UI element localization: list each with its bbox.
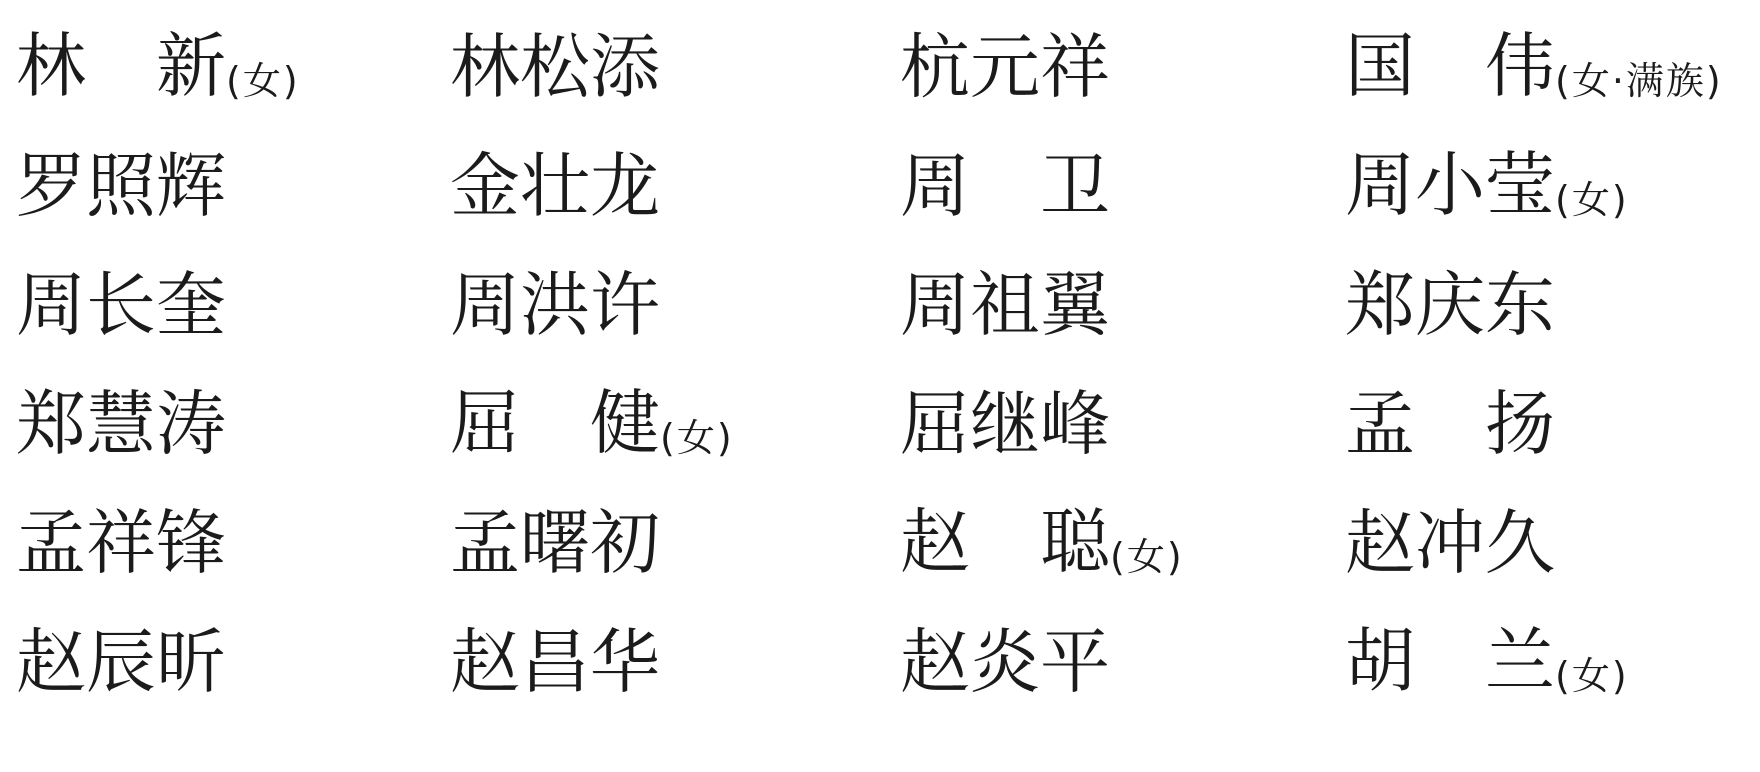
person-name: 周长奎 bbox=[16, 264, 226, 346]
person-name: 周祖翼 bbox=[900, 264, 1110, 346]
entry-text: 周祖翼 bbox=[900, 269, 1110, 343]
entry-text: 孟 扬 bbox=[1345, 388, 1555, 462]
entry-text: 孟祥锋 bbox=[16, 507, 226, 581]
person-name: 郑庆东 bbox=[1345, 264, 1555, 346]
entry-text: 国 伟(女·满族) bbox=[1345, 30, 1723, 105]
name-annotation: (女) bbox=[660, 416, 734, 460]
entry-text: 孟曙初 bbox=[450, 507, 660, 581]
person-name: 林松添 bbox=[450, 26, 660, 108]
name-entry: 赵 聪(女) bbox=[900, 484, 1345, 603]
person-name: 屈 健 bbox=[450, 382, 660, 464]
name-entry: 周洪许 bbox=[450, 246, 900, 365]
name-entry: 罗照辉 bbox=[16, 127, 450, 246]
name-entry: 金壮龙 bbox=[450, 127, 900, 246]
name-entry: 杭元祥 bbox=[900, 8, 1345, 127]
person-name: 周小莹 bbox=[1345, 144, 1555, 226]
name-entry: 郑慧涛 bbox=[16, 365, 450, 484]
person-name: 孟祥锋 bbox=[16, 502, 226, 584]
entry-text: 屈 健(女) bbox=[450, 387, 734, 462]
person-name: 周 卫 bbox=[900, 145, 1110, 227]
name-entry: 孟祥锋 bbox=[16, 484, 450, 603]
person-name: 屈继峰 bbox=[900, 383, 1110, 465]
person-name: 国 伟 bbox=[1345, 25, 1555, 107]
name-entry: 周 卫 bbox=[900, 127, 1345, 246]
name-entry: 林松添 bbox=[450, 8, 900, 127]
person-name: 赵炎平 bbox=[900, 621, 1110, 703]
entry-text: 周洪许 bbox=[450, 269, 660, 343]
entry-text: 赵冲久 bbox=[1345, 507, 1555, 581]
person-name: 金壮龙 bbox=[450, 145, 660, 227]
person-name: 孟 扬 bbox=[1345, 383, 1555, 465]
person-name: 林 新 bbox=[16, 25, 226, 107]
name-entry: 屈继峰 bbox=[900, 365, 1345, 484]
entry-text: 郑庆东 bbox=[1345, 269, 1555, 343]
name-entry: 郑庆东 bbox=[1345, 246, 1760, 365]
person-name: 胡 兰 bbox=[1345, 620, 1555, 702]
entry-text: 赵炎平 bbox=[900, 626, 1110, 700]
name-entry: 赵冲久 bbox=[1345, 484, 1760, 603]
entry-text: 林松添 bbox=[450, 31, 660, 105]
entry-text: 胡 兰(女) bbox=[1345, 625, 1629, 700]
name-entry: 孟 扬 bbox=[1345, 365, 1760, 484]
name-annotation: (女) bbox=[1555, 178, 1629, 222]
entry-text: 林 新(女) bbox=[16, 30, 300, 105]
scanned-document-page: 林 新(女) 林松添 杭元祥 国 伟(女·满族) 罗照辉 金壮龙 周 卫 周小莹… bbox=[0, 0, 1760, 772]
name-entry: 林 新(女) bbox=[16, 8, 450, 127]
name-annotation: (女) bbox=[226, 59, 300, 103]
entry-text: 郑慧涛 bbox=[16, 388, 226, 462]
person-name: 赵 聪 bbox=[900, 501, 1110, 583]
entry-text: 赵辰昕 bbox=[16, 626, 226, 700]
name-entry: 屈 健(女) bbox=[450, 365, 900, 484]
entry-text: 屈继峰 bbox=[900, 388, 1110, 462]
name-annotation: (女·满族) bbox=[1555, 59, 1723, 103]
entry-text: 赵昌华 bbox=[450, 626, 660, 700]
name-annotation: (女) bbox=[1110, 535, 1184, 579]
name-entry: 赵炎平 bbox=[900, 603, 1345, 722]
entry-text: 周长奎 bbox=[16, 269, 226, 343]
person-name: 罗照辉 bbox=[16, 145, 226, 227]
name-annotation: (女) bbox=[1555, 654, 1629, 698]
person-name: 赵昌华 bbox=[450, 621, 660, 703]
name-entry: 赵昌华 bbox=[450, 603, 900, 722]
entry-text: 周 卫 bbox=[900, 150, 1110, 224]
name-entry: 胡 兰(女) bbox=[1345, 603, 1760, 722]
entry-text: 罗照辉 bbox=[16, 150, 226, 224]
entry-text: 周小莹(女) bbox=[1345, 149, 1629, 224]
entry-text: 赵 聪(女) bbox=[900, 506, 1184, 581]
name-list-grid: 林 新(女) 林松添 杭元祥 国 伟(女·满族) 罗照辉 金壮龙 周 卫 周小莹… bbox=[0, 0, 1760, 722]
person-name: 杭元祥 bbox=[900, 26, 1110, 108]
person-name: 赵冲久 bbox=[1345, 502, 1555, 584]
name-entry: 周祖翼 bbox=[900, 246, 1345, 365]
name-entry: 周小莹(女) bbox=[1345, 127, 1760, 246]
entry-text: 金壮龙 bbox=[450, 150, 660, 224]
name-entry: 国 伟(女·满族) bbox=[1345, 8, 1760, 127]
person-name: 孟曙初 bbox=[450, 502, 660, 584]
entry-text: 杭元祥 bbox=[900, 31, 1110, 105]
name-entry: 赵辰昕 bbox=[16, 603, 450, 722]
person-name: 周洪许 bbox=[450, 264, 660, 346]
name-entry: 周长奎 bbox=[16, 246, 450, 365]
name-entry: 孟曙初 bbox=[450, 484, 900, 603]
person-name: 赵辰昕 bbox=[16, 621, 226, 703]
person-name: 郑慧涛 bbox=[16, 383, 226, 465]
